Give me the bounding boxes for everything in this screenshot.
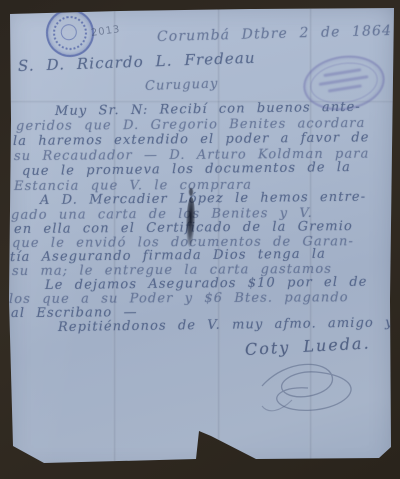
ink-blot-dot [189, 188, 193, 196]
body-line: que le promueva los documentos de la [22, 161, 351, 179]
recipient-place: Curuguay [145, 77, 219, 94]
pencil-archive-number: 2013 [90, 24, 121, 39]
round-ink-stamp-icon [42, 5, 99, 62]
dateline: Corumbá Dtbre 2 de 1864 [157, 24, 392, 44]
letter-page: 2013 Corumbá Dtbre 2 de 1864 S. D. Ricar… [0, 0, 400, 479]
body-line: los que a su Poder y $6 Btes. pagando [9, 291, 349, 307]
recipient-name: S. D. Ricardo L. Fredeau [18, 51, 256, 73]
photo-backdrop: 2013 Corumbá Dtbre 2 de 1864 S. D. Ricar… [0, 0, 400, 479]
signature: Coty Lueda. [245, 336, 371, 357]
body-line: A D. Mercadier López le hemos entre- [40, 191, 366, 208]
signature-rubric-icon [232, 356, 372, 420]
closing-line: Repitiéndonos de V. muy afmo. amigo y [58, 316, 394, 335]
